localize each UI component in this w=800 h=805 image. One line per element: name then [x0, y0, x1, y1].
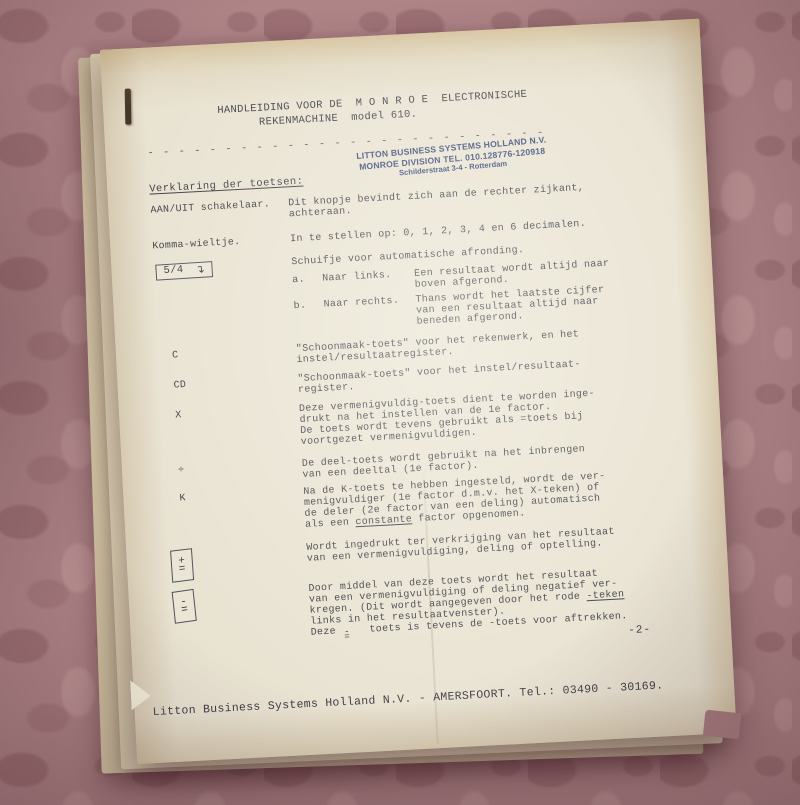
rounding-switch-key-box: 5/4 ↴	[155, 261, 213, 281]
key-label-multiply: X	[161, 404, 299, 422]
equals-sign: =	[181, 606, 189, 615]
equals-sign: =	[179, 565, 186, 574]
minus-equals-inline-icon: -=	[342, 630, 352, 640]
key-description: Dit knopje bevindt zich aan de rechter z…	[288, 178, 681, 220]
section-heading: Verklaring der toetsen:	[149, 176, 304, 196]
key-label-cd: CD	[159, 374, 297, 392]
manual-page: HANDLEIDING VOOR DE M O N R O E ELECTRON…	[100, 19, 737, 764]
minus-equals-key-box: - =	[172, 589, 197, 624]
key-description: Wordt ingedrukt ter verkrijging van het …	[306, 522, 699, 564]
document-title: HANDLEIDING VOOR DE M O N R O E ELECTRON…	[217, 88, 528, 132]
minus-equals-cell: - =	[170, 584, 309, 623]
key-label-komma-wieltje: Komma-wieltje.	[152, 234, 290, 252]
folded-corner	[130, 679, 152, 710]
key-label-k: K	[165, 487, 303, 505]
option-title: Naar rechts.	[323, 295, 417, 333]
key-label-c: C	[158, 344, 296, 362]
plus-equals-key-box: + =	[170, 548, 194, 583]
rounding-switch-label: 5/4	[163, 265, 183, 277]
photo-scene: HANDLEIDING VOOR DE M O N R O E ELECTRON…	[0, 0, 800, 805]
underlined-word: -teken	[586, 589, 624, 602]
equals-sign: =	[344, 634, 350, 639]
key-label-aan-uit: AAN/UIT schakelaar.	[150, 198, 288, 216]
option-marker: a.	[292, 274, 323, 298]
plus-equals-cell: + =	[168, 543, 307, 582]
rounding-switch-cell: 5/4 ↴	[153, 257, 292, 280]
page-number: -2-	[628, 624, 651, 637]
option-title: Naar links.	[322, 269, 415, 296]
key-label-divide: ÷	[164, 459, 302, 477]
key-description: Deze vermenigvuldig-toets dient te worde…	[299, 384, 693, 448]
worn-corner	[703, 710, 742, 740]
option-marker: b.	[293, 300, 325, 335]
staple-icon	[125, 89, 132, 125]
arrow-down-right-icon: ↴	[195, 265, 205, 275]
footer-line: Litton Business Systems Holland N.V. - A…	[152, 679, 663, 719]
key-explanation-list: AAN/UIT schakelaar. Dit knopje bevindt z…	[150, 178, 702, 648]
description-text: Deze	[311, 626, 337, 638]
underlined-word: constante	[355, 514, 412, 528]
